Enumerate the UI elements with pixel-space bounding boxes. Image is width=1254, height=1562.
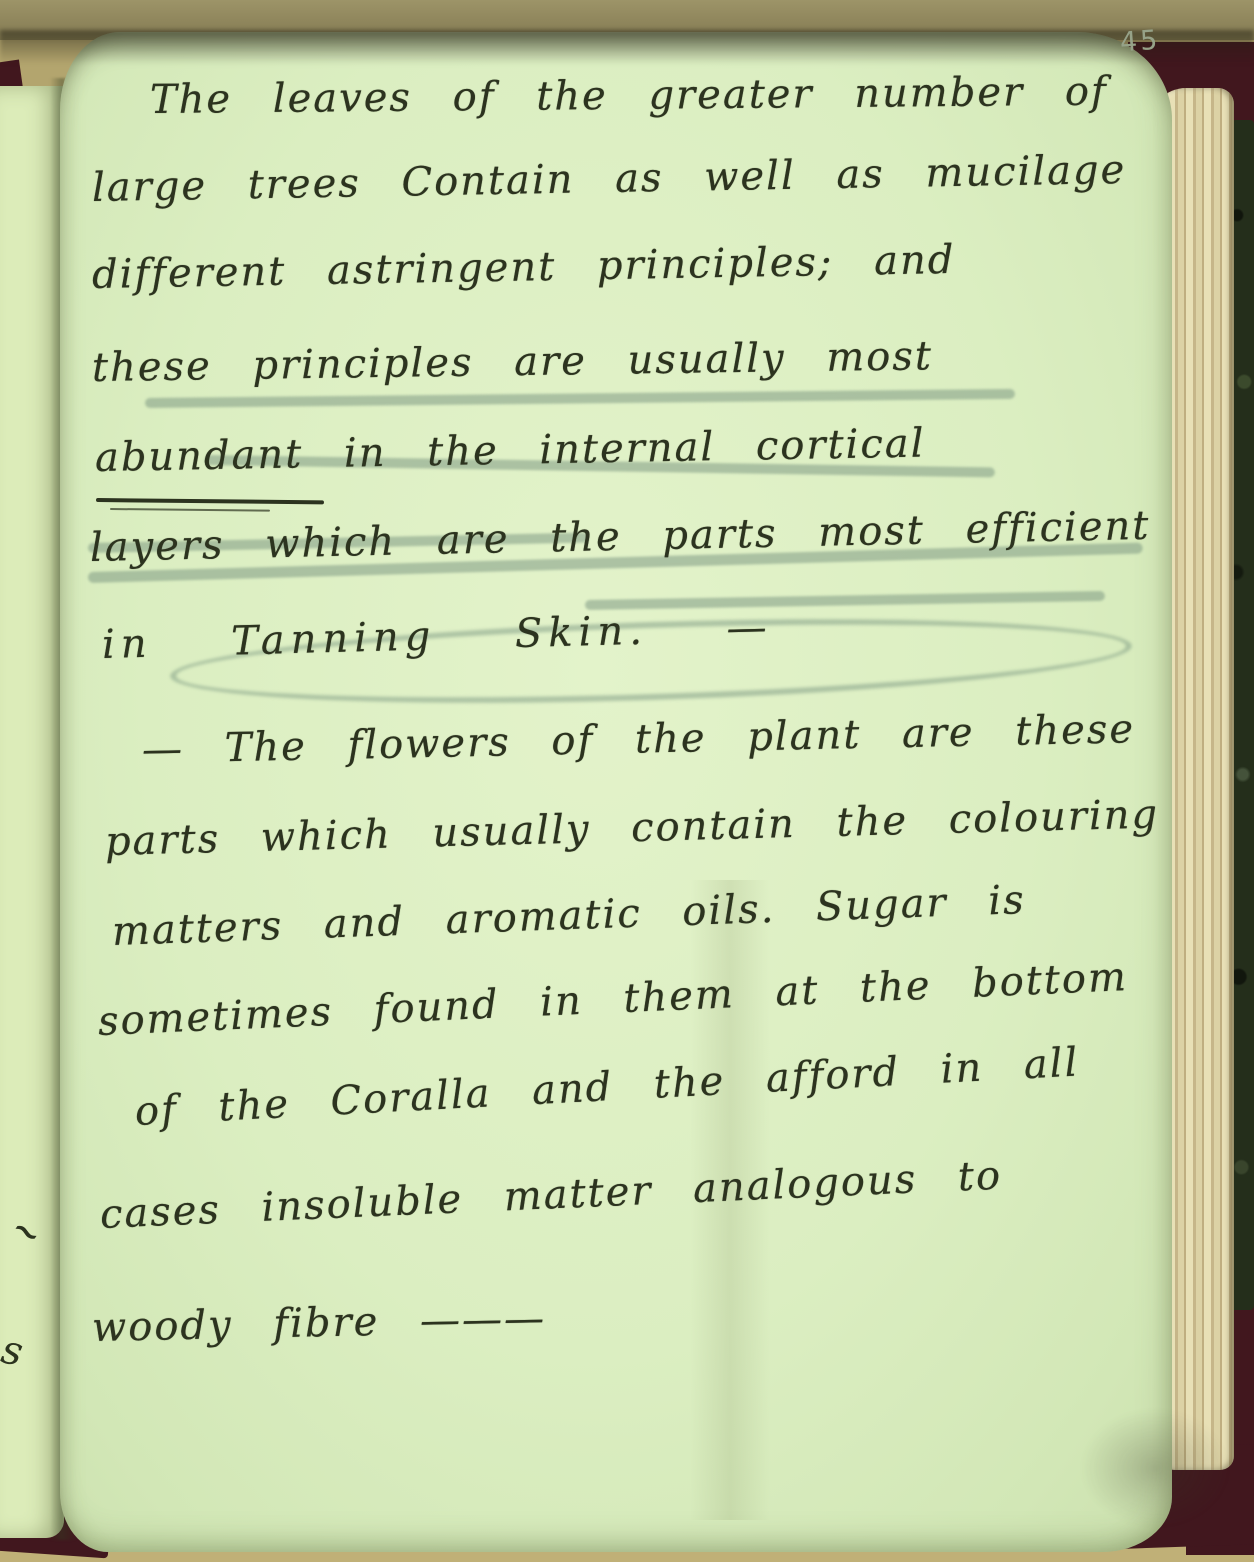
ink-underline-abundant-second — [110, 508, 270, 512]
photograph-of-open-notebook: The leaves of the greater number of larg… — [0, 0, 1254, 1562]
handwritten-line: large trees Contain as well as mucilage — [92, 150, 1127, 208]
handwritten-line: of the Coralla and the afford in all — [134, 1043, 1080, 1132]
handwritten-line: these principles are usually most — [92, 336, 933, 388]
handwritten-line: cases insoluble matter analogous to — [99, 1156, 1003, 1235]
ink-underline-abundant — [96, 498, 324, 504]
pencil-strike-line4 — [145, 389, 1015, 408]
handwritten-line: sometimes found in them at the bottom — [97, 957, 1129, 1042]
handwritten-line: layers which are the parts most efficien… — [90, 506, 1151, 568]
ink-fragment-lower: s — [0, 1326, 27, 1375]
handwritten-line: The leaves of the greater number of — [150, 72, 1108, 120]
handwritten-line: woody fibre ——— — [92, 1298, 547, 1347]
page-number: 45 — [1119, 25, 1161, 59]
handwritten-line: — The flowers of the plant are these — [142, 709, 1136, 770]
handwritten-line: parts which usually contain the colourin… — [104, 794, 1159, 862]
handwritten-line: matters and aromatic oils. Sugar is — [111, 880, 1026, 952]
handwritten-line: different astringent principles; and — [92, 240, 956, 295]
handwriting-layer: The leaves of the greater number of larg… — [0, 0, 1254, 1562]
ink-fragment-upper: ~ — [3, 1207, 49, 1256]
